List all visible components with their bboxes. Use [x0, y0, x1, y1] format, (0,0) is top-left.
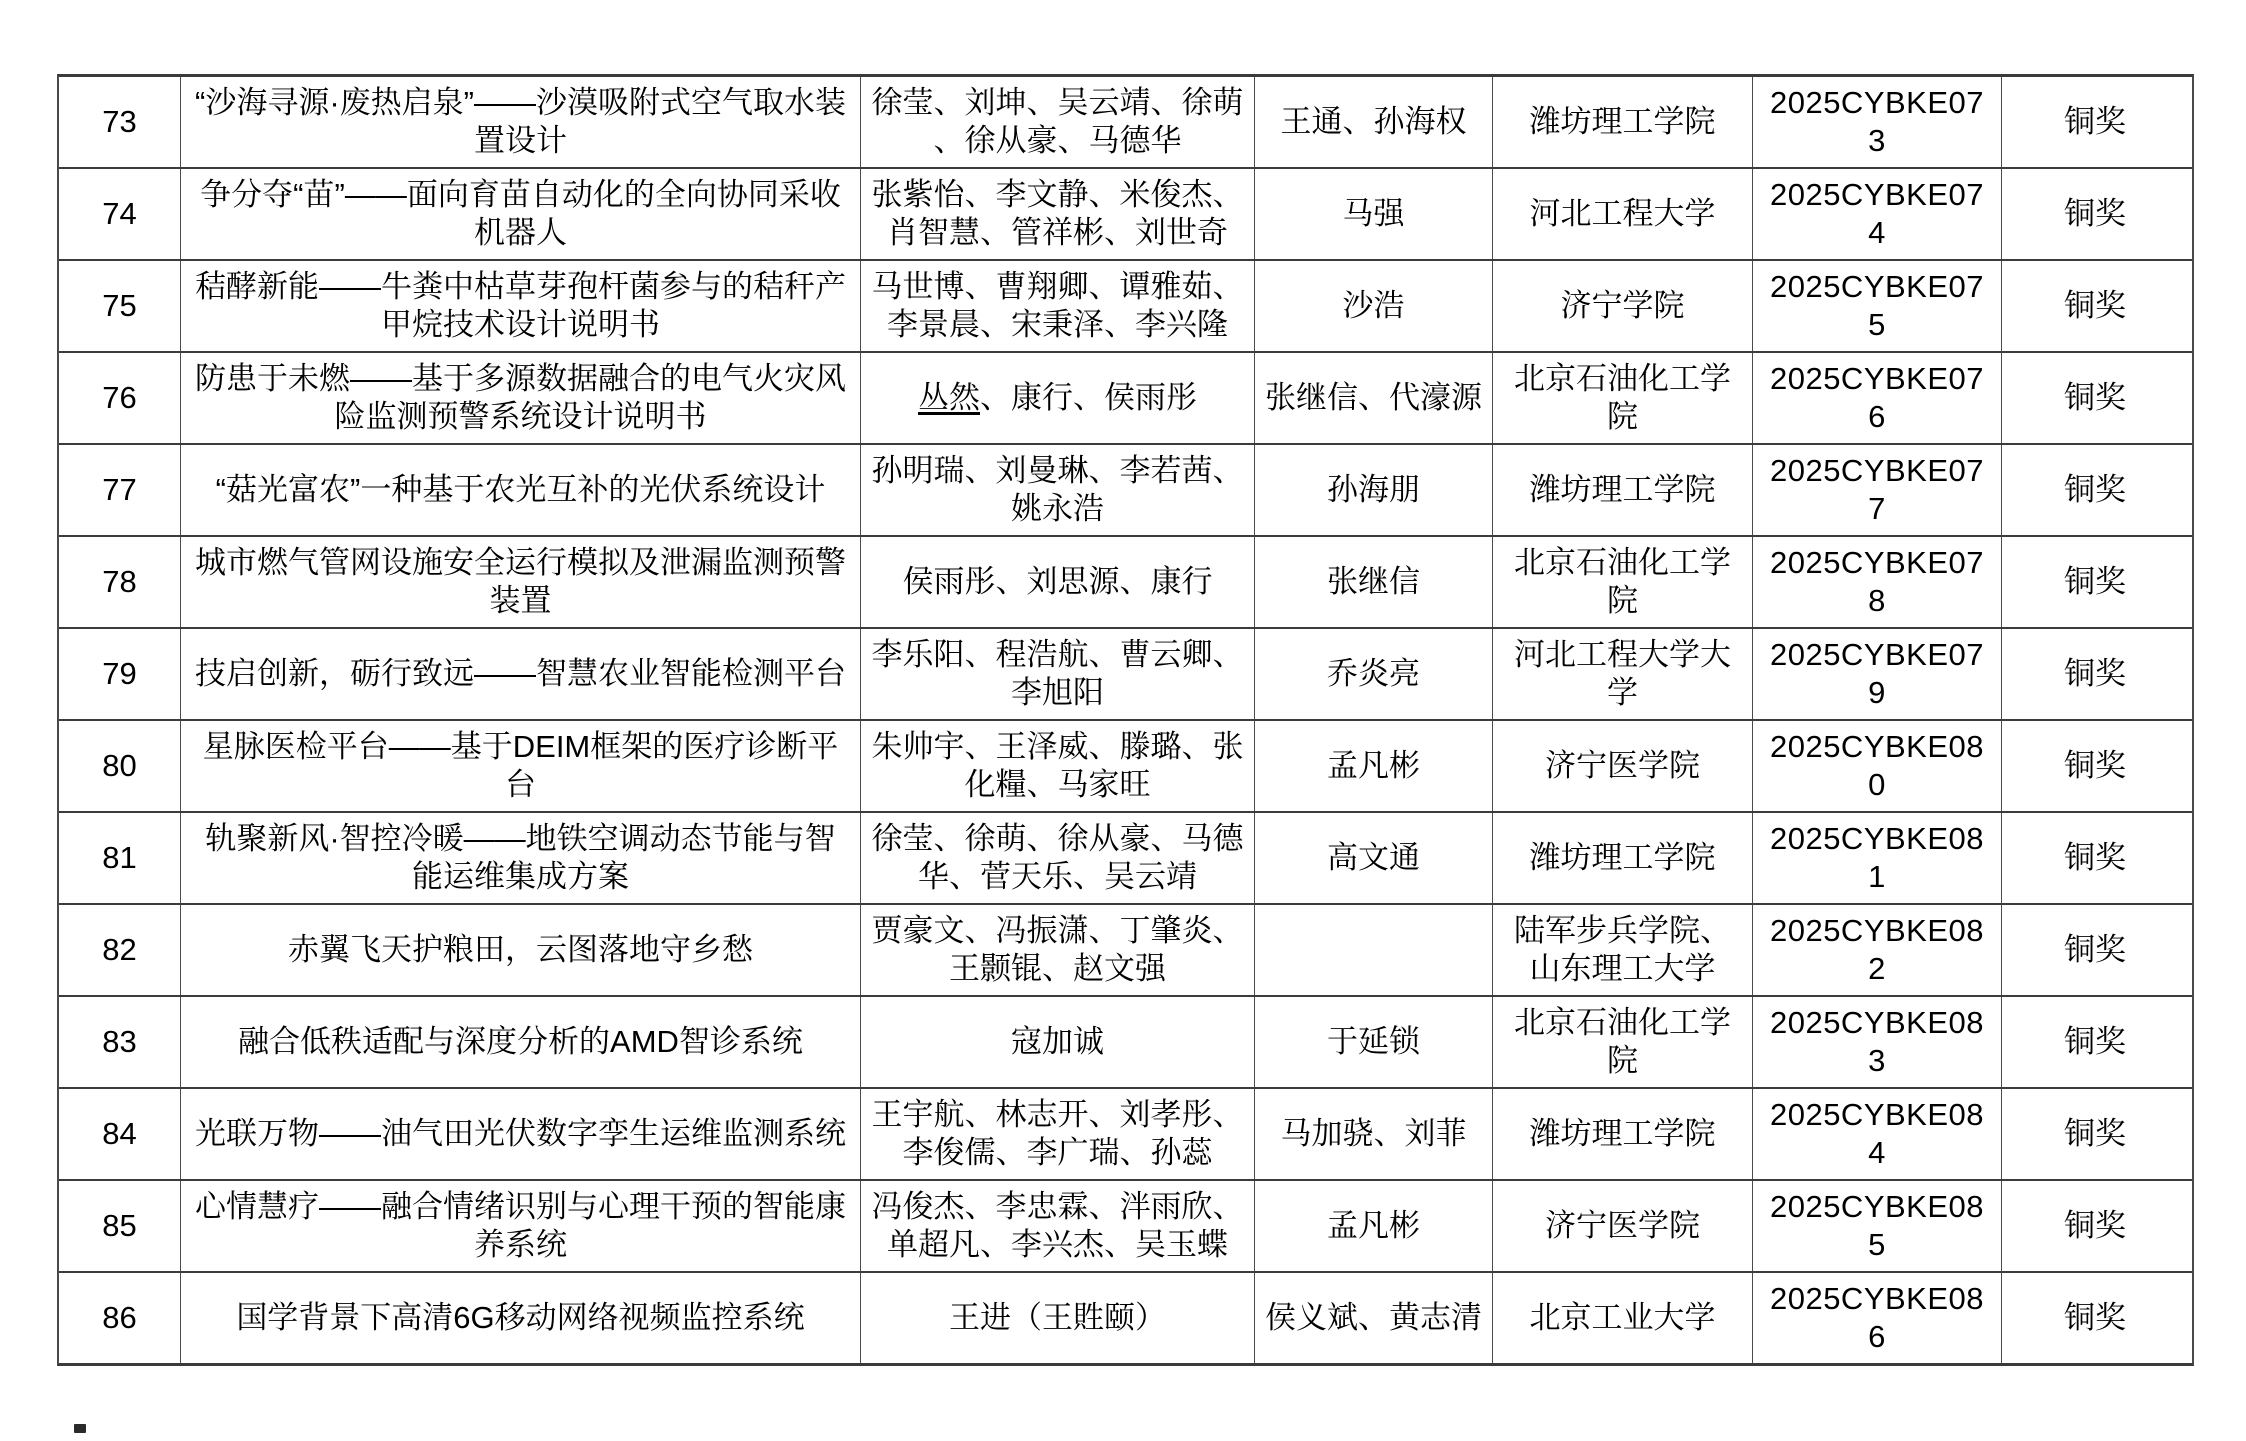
cell-award-level: 铜奖	[2001, 813, 2188, 903]
cell-entry-code: 2025CYBKE082	[1752, 905, 2001, 995]
cell-institution: 北京工业大学	[1492, 1273, 1752, 1363]
cell-institution: 河北工程大学	[1492, 169, 1752, 259]
cell-advisors: 乔炎亮	[1254, 629, 1492, 719]
cell-entry-code: 2025CYBKE076	[1752, 353, 2001, 443]
cell-institution: 北京石油化工学院	[1492, 537, 1752, 627]
cell-entry-code: 2025CYBKE079	[1752, 629, 2001, 719]
table-row: 74 争分夺“苗”——面向育苗自动化的全向协同采收机器人 张紫怡、李文静、米俊杰…	[59, 167, 2192, 259]
cell-award-level: 铜奖	[2001, 629, 2188, 719]
cell-award-level: 铜奖	[2001, 169, 2188, 259]
table-row: 86 国学背景下高清6G移动网络视频监控系统 王进（王貹颐） 侯义斌、黄志清 北…	[59, 1271, 2192, 1363]
cell-team-members: 朱帅宇、王泽威、滕璐、张化糧、马家旺	[860, 721, 1254, 811]
cell-project-title: 国学背景下高清6G移动网络视频监控系统	[180, 1273, 860, 1363]
cell-serial-number: 84	[59, 1089, 180, 1179]
cell-entry-code: 2025CYBKE073	[1752, 77, 2001, 167]
cell-project-title: 融合低秩适配与深度分析的AMD智诊系统	[180, 997, 860, 1087]
cell-award-level: 铜奖	[2001, 445, 2188, 535]
cell-serial-number: 73	[59, 77, 180, 167]
cell-advisors: 于延锁	[1254, 997, 1492, 1087]
cell-entry-code: 2025CYBKE075	[1752, 261, 2001, 351]
cell-institution: 河北工程大学大学	[1492, 629, 1752, 719]
cell-award-level: 铜奖	[2001, 1273, 2188, 1363]
cell-project-title: 星脉医检平台——基于DEIM框架的医疗诊断平台	[180, 721, 860, 811]
cell-project-title: 光联万物——油气田光伏数字孪生运维监测系统	[180, 1089, 860, 1179]
cell-entry-code: 2025CYBKE081	[1752, 813, 2001, 903]
cell-advisors: 马加骁、刘菲	[1254, 1089, 1492, 1179]
table-row: 79 技启创新，砺行致远——智慧农业智能检测平台 李乐阳、程浩航、曹云卿、李旭阳…	[59, 627, 2192, 719]
cell-team-members: 徐莹、刘坤、吴云靖、徐萌、徐从豪、马德华	[860, 77, 1254, 167]
cell-award-level: 铜奖	[2001, 1181, 2188, 1271]
cell-serial-number: 86	[59, 1273, 180, 1363]
cell-entry-code: 2025CYBKE077	[1752, 445, 2001, 535]
cell-team-members: 李乐阳、程浩航、曹云卿、李旭阳	[860, 629, 1254, 719]
cell-team-members: 张紫怡、李文静、米俊杰、肖智慧、管祥彬、刘世奇	[860, 169, 1254, 259]
cell-institution: 潍坊理工学院	[1492, 1089, 1752, 1179]
cell-entry-code: 2025CYBKE084	[1752, 1089, 2001, 1179]
cell-serial-number: 74	[59, 169, 180, 259]
cell-entry-code: 2025CYBKE083	[1752, 997, 2001, 1087]
cell-advisors: 孙海朋	[1254, 445, 1492, 535]
cell-serial-number: 78	[59, 537, 180, 627]
cell-award-level: 铜奖	[2001, 997, 2188, 1087]
cell-team-members: 马世博、曹翔卿、谭雅茹、李景晨、宋秉泽、李兴隆	[860, 261, 1254, 351]
cell-team-members: 丛然、康行、侯雨彤	[860, 353, 1254, 443]
cell-institution: 陆军步兵学院、山东理工大学	[1492, 905, 1752, 995]
cell-team-members: 寇加诚	[860, 997, 1254, 1087]
cell-entry-code: 2025CYBKE078	[1752, 537, 2001, 627]
cell-advisors: 高文通	[1254, 813, 1492, 903]
cell-advisors: 王通、孙海权	[1254, 77, 1492, 167]
awards-table: 73 “沙海寻源·废热启泉”——沙漠吸附式空气取水装置设计 徐莹、刘坤、吴云靖、…	[57, 74, 2194, 1366]
cell-project-title: 轨聚新风·智控冷暖——地铁空调动态节能与智能运维集成方案	[180, 813, 860, 903]
cell-serial-number: 75	[59, 261, 180, 351]
table-row: 75 秸酵新能——牛粪中枯草芽孢杆菌参与的秸秆产甲烷技术设计说明书 马世博、曹翔…	[59, 259, 2192, 351]
cell-project-title: 赤翼飞天护粮田，云图落地守乡愁	[180, 905, 860, 995]
cell-advisors: 张继信	[1254, 537, 1492, 627]
cell-team-members: 徐莹、徐萌、徐从豪、马德华、菅天乐、吴云靖	[860, 813, 1254, 903]
awards-document-page: 73 “沙海寻源·废热启泉”——沙漠吸附式空气取水装置设计 徐莹、刘坤、吴云靖、…	[0, 0, 2246, 1441]
table-row: 76 防患于未燃——基于多源数据融合的电气火灾风险监测预警系统设计说明书 丛然、…	[59, 351, 2192, 443]
cell-project-title: “沙海寻源·废热启泉”——沙漠吸附式空气取水装置设计	[180, 77, 860, 167]
table-row: 83 融合低秩适配与深度分析的AMD智诊系统 寇加诚 于延锁 北京石油化工学院 …	[59, 995, 2192, 1087]
table-row: 82 赤翼飞天护粮田，云图落地守乡愁 贾豪文、冯振潇、丁肇炎、王颢锟、赵文强 陆…	[59, 903, 2192, 995]
cell-team-members: 侯雨彤、刘思源、康行	[860, 537, 1254, 627]
cell-entry-code: 2025CYBKE085	[1752, 1181, 2001, 1271]
cell-team-members: 冯俊杰、李忠霖、泮雨欣、单超凡、李兴杰、吴玉蝶	[860, 1181, 1254, 1271]
cell-award-level: 铜奖	[2001, 77, 2188, 167]
cell-advisors: 沙浩	[1254, 261, 1492, 351]
cell-institution: 潍坊理工学院	[1492, 445, 1752, 535]
cell-advisors	[1254, 905, 1492, 995]
cell-serial-number: 81	[59, 813, 180, 903]
cell-team-members: 孙明瑞、刘曼琳、李若茜、姚永浩	[860, 445, 1254, 535]
cell-institution: 北京石油化工学院	[1492, 997, 1752, 1087]
cell-serial-number: 83	[59, 997, 180, 1087]
cell-institution: 潍坊理工学院	[1492, 813, 1752, 903]
cell-project-title: 城市燃气管网设施安全运行模拟及泄漏监测预警装置	[180, 537, 860, 627]
cell-serial-number: 85	[59, 1181, 180, 1271]
cell-serial-number: 77	[59, 445, 180, 535]
cell-institution: 济宁学院	[1492, 261, 1752, 351]
cell-serial-number: 82	[59, 905, 180, 995]
cell-team-members: 贾豪文、冯振潇、丁肇炎、王颢锟、赵文强	[860, 905, 1254, 995]
table-row: 85 心情慧疗——融合情绪识别与心理干预的智能康养系统 冯俊杰、李忠霖、泮雨欣、…	[59, 1179, 2192, 1271]
cell-award-level: 铜奖	[2001, 1089, 2188, 1179]
cell-serial-number: 80	[59, 721, 180, 811]
table-row: 73 “沙海寻源·废热启泉”——沙漠吸附式空气取水装置设计 徐莹、刘坤、吴云靖、…	[59, 77, 2192, 167]
cell-serial-number: 79	[59, 629, 180, 719]
cell-serial-number: 76	[59, 353, 180, 443]
table-row: 81 轨聚新风·智控冷暖——地铁空调动态节能与智能运维集成方案 徐莹、徐萌、徐从…	[59, 811, 2192, 903]
table-row: 78 城市燃气管网设施安全运行模拟及泄漏监测预警装置 侯雨彤、刘思源、康行 张继…	[59, 535, 2192, 627]
table-row: 80 星脉医检平台——基于DEIM框架的医疗诊断平台 朱帅宇、王泽威、滕璐、张化…	[59, 719, 2192, 811]
cell-project-title: 秸酵新能——牛粪中枯草芽孢杆菌参与的秸秆产甲烷技术设计说明书	[180, 261, 860, 351]
cell-institution: 济宁医学院	[1492, 1181, 1752, 1271]
cell-project-title: 争分夺“苗”——面向育苗自动化的全向协同采收机器人	[180, 169, 860, 259]
cell-award-level: 铜奖	[2001, 721, 2188, 811]
cell-project-title: “菇光富农”一种基于农光互补的光伏系统设计	[180, 445, 860, 535]
cell-project-title: 心情慧疗——融合情绪识别与心理干预的智能康养系统	[180, 1181, 860, 1271]
cell-advisors: 张继信、代濠源	[1254, 353, 1492, 443]
cell-entry-code: 2025CYBKE086	[1752, 1273, 2001, 1363]
table-row: 84 光联万物——油气田光伏数字孪生运维监测系统 王宇航、林志开、刘孝彤、李俊儒…	[59, 1087, 2192, 1179]
cell-award-level: 铜奖	[2001, 353, 2188, 443]
cell-team-members: 王进（王貹颐）	[860, 1273, 1254, 1363]
cell-advisors: 马强	[1254, 169, 1492, 259]
cell-entry-code: 2025CYBKE080	[1752, 721, 2001, 811]
cell-advisors: 孟凡彬	[1254, 1181, 1492, 1271]
cell-institution: 北京石油化工学院	[1492, 353, 1752, 443]
table-row: 77 “菇光富农”一种基于农光互补的光伏系统设计 孙明瑞、刘曼琳、李若茜、姚永浩…	[59, 443, 2192, 535]
underlined-team-member: 丛然	[918, 379, 980, 417]
cell-team-members: 王宇航、林志开、刘孝彤、李俊儒、李广瑞、孙蕊	[860, 1089, 1254, 1179]
cell-institution: 济宁医学院	[1492, 721, 1752, 811]
page-artifact-dot	[74, 1424, 86, 1433]
cell-award-level: 铜奖	[2001, 905, 2188, 995]
cell-entry-code: 2025CYBKE074	[1752, 169, 2001, 259]
cell-award-level: 铜奖	[2001, 537, 2188, 627]
cell-advisors: 孟凡彬	[1254, 721, 1492, 811]
cell-project-title: 技启创新，砺行致远——智慧农业智能检测平台	[180, 629, 860, 719]
cell-advisors: 侯义斌、黄志清	[1254, 1273, 1492, 1363]
cell-award-level: 铜奖	[2001, 261, 2188, 351]
cell-project-title: 防患于未燃——基于多源数据融合的电气火灾风险监测预警系统设计说明书	[180, 353, 860, 443]
cell-institution: 潍坊理工学院	[1492, 77, 1752, 167]
